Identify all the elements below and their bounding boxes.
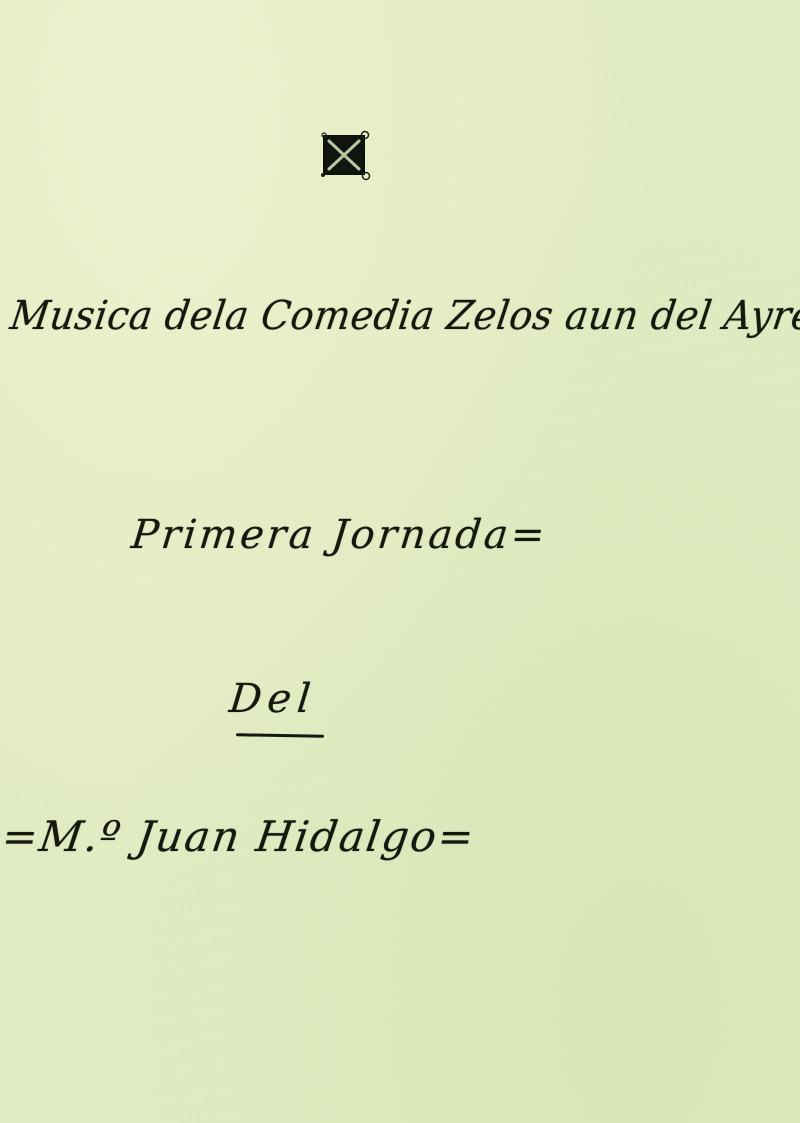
- author-line: =M.º Juan Hidalgo=: [0, 812, 479, 861]
- preposition-line: Del: [227, 676, 318, 722]
- act-heading: Primera Jornada=: [129, 512, 550, 558]
- manuscript-page: Musica dela Comedia Zelos aun del Ayre m…: [0, 0, 800, 1123]
- title-line: Musica dela Comedia Zelos aun del Ayre m…: [8, 292, 800, 338]
- underline-flourish: [236, 733, 324, 738]
- square-cross-ornament-icon: [316, 126, 372, 182]
